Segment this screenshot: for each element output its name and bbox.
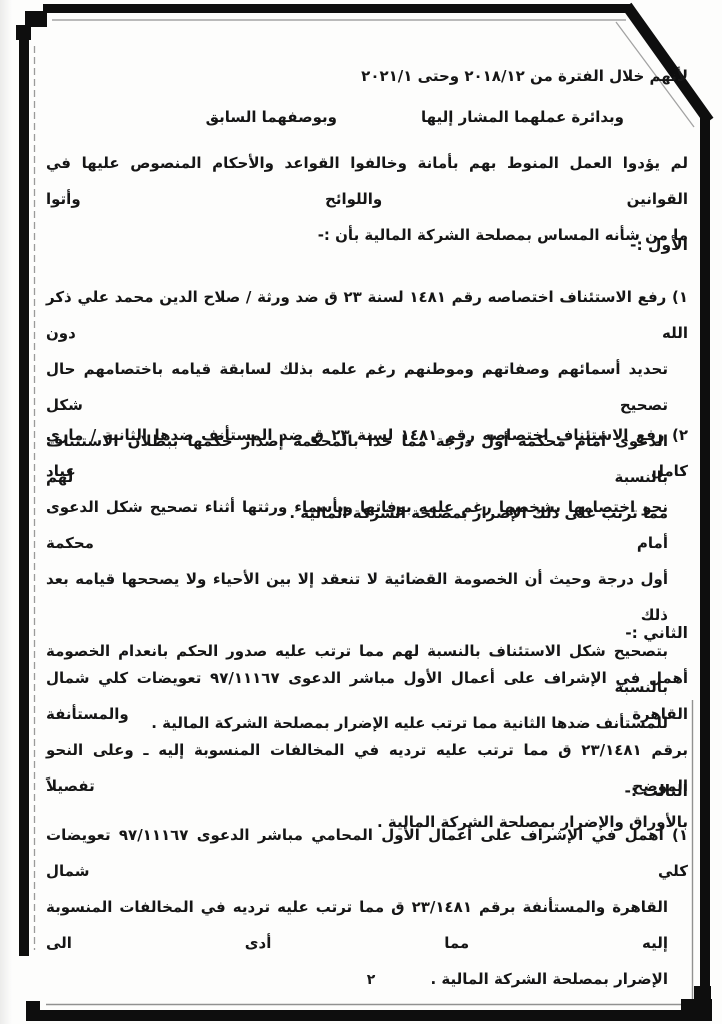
frame-bottom-edge	[26, 1010, 712, 1021]
document-page: لأنهم خلال الفترة من ٢٠١٨/١٢ وحتى ٢٠٢١/١…	[0, 0, 722, 1024]
frame-bottomright-step-2	[694, 986, 711, 1002]
scan-edge-shadow	[0, 0, 12, 1024]
frame-top-edge	[43, 4, 630, 13]
text-line: ١) رفع الاستئناف اختصاصه رقم ١٤٨١ لسنة ٢…	[46, 279, 688, 351]
text-line: نحو اختصامها بشخصها رغم علمه بوفاتها وبأ…	[46, 489, 688, 561]
charge-third-item-1: ١) أهمل في الإشراف على أعمال الأول المحا…	[46, 817, 688, 997]
frame-bottomleft-step	[26, 1001, 40, 1013]
heading-text: الأول :-	[46, 227, 688, 263]
text-line: لأنهم خلال الفترة من ٢٠١٨/١٢ وحتى ٢٠٢١/١	[46, 58, 688, 94]
page-number: ٢	[356, 972, 386, 988]
section-heading-second: الثاني :-	[46, 615, 688, 651]
frame-topleft-step-1	[25, 11, 47, 27]
frame-left-edge	[19, 30, 29, 956]
frame-topleft-step-2	[16, 25, 31, 40]
text-line: أهمل في الإشراف على أعمال الأول مباشر ال…	[46, 660, 688, 732]
text-line: تحديد أسمائهم وصفاتهم وموطنهم رغم علمه ب…	[46, 351, 688, 423]
section-heading-third: الثالث :-	[46, 773, 688, 809]
charge-second-paragraph: أهمل في الإشراف على أعمال الأول مباشر ال…	[46, 660, 688, 840]
period-line: لأنهم خلال الفترة من ٢٠١٨/١٢ وحتى ٢٠٢١/١	[46, 58, 688, 94]
work-department-text: وبدائرة عملهما المشار إليها	[421, 99, 624, 135]
former-capacity-text: وبوصفهما السابق	[206, 99, 337, 135]
text-line: ٢) رفع الاستئناف اختصاصه رقم ١٤٨١ لسنة ٢…	[46, 417, 688, 489]
text-line: ١) أهمل في الإشراف على أعمال الأول المحا…	[46, 817, 688, 889]
text-line: القاهرة والمستأنفة برقم ٢٣/١٤٨١ ق مما تر…	[46, 889, 688, 961]
text-line: لم يؤدوا العمل المنوط بهم بأمانة وخالفوا…	[46, 145, 688, 217]
section-heading-first: الأول :-	[46, 227, 688, 263]
frame-right-edge	[700, 114, 710, 1014]
heading-text: الثالث :-	[46, 773, 688, 809]
heading-text: الثاني :-	[46, 615, 688, 651]
frame-bottomright-step-1	[681, 999, 712, 1013]
reference-line: وبدائرة عملهما المشار إليها وبوصفهما الس…	[46, 99, 688, 135]
